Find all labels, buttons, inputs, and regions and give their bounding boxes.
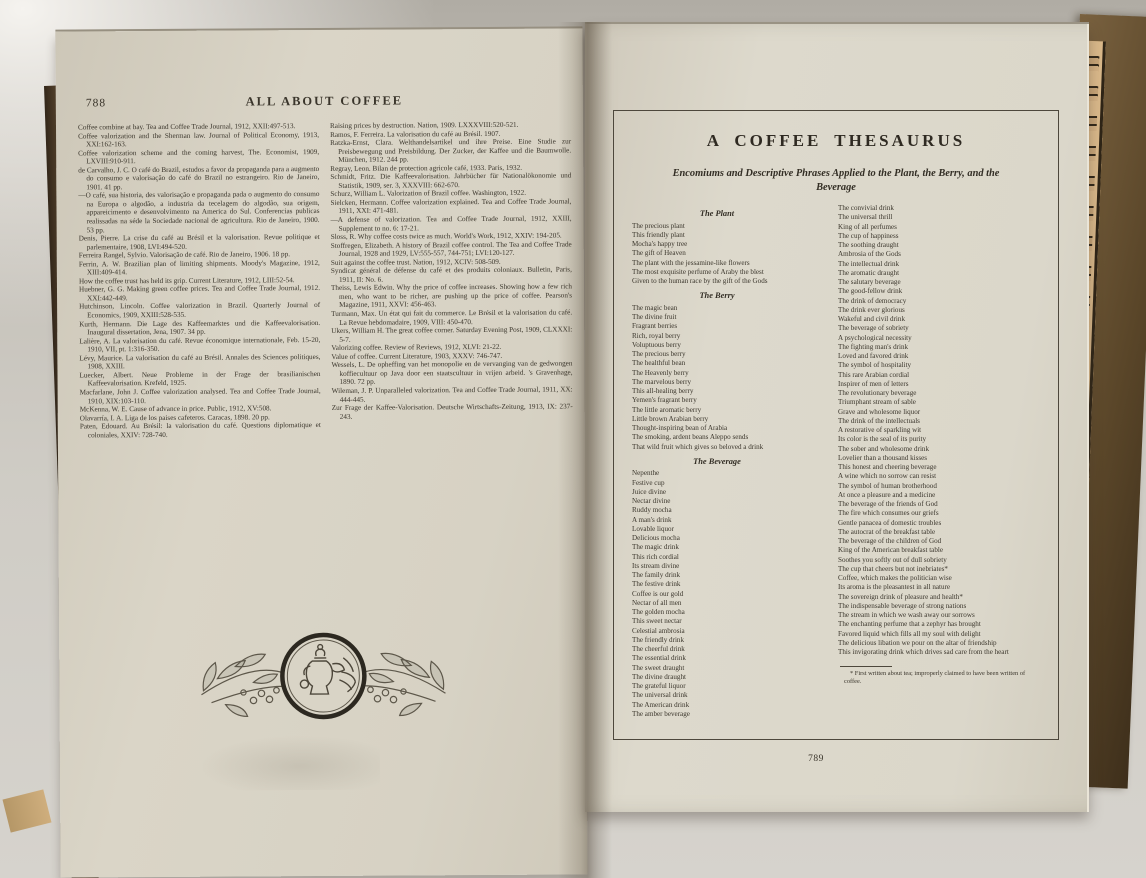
left-page-number: 788 [86, 97, 106, 109]
phrase-item: The indispensable beverage of strong nat… [838, 602, 1046, 611]
phrase-item: The most exquisite perfume of Araby the … [632, 268, 832, 277]
phrase-item: Voluptuous berry [632, 341, 832, 350]
phrase-item: The sober and wholesome drink [838, 445, 1046, 454]
bibliography-entry: Luecker, Albert. Neue Probleme in der Fr… [79, 370, 320, 389]
phrase-item: The fire which consumes our griefs [838, 509, 1046, 518]
phrase-item: A man's drink [632, 516, 832, 525]
thesaurus-border-box: A COFFEE THESAURUS Encomiums and Descrip… [613, 110, 1059, 740]
phrase-item: The magic drink [632, 543, 832, 552]
phrase-item: The cup that cheers but not inebriates* [838, 565, 1046, 574]
coffee-branch-medallion-icon [182, 615, 463, 737]
phrase-item: The marvelous berry [632, 378, 832, 387]
thesaurus-right-list: The convivial drinkThe universal thrillK… [838, 204, 1046, 657]
phrase-item: A wine which no sorrow can resist [838, 472, 1046, 481]
phrase-item: Wakeful and civil drink [838, 315, 1046, 324]
phrase-item: Its aroma is the pleasantest in all natu… [838, 583, 1046, 592]
phrase-item: Thought-inspiring bean of Arabia [632, 424, 832, 433]
phrase-item: The aromatic draught [838, 269, 1046, 278]
phrase-item: Ruddy mocha [632, 506, 832, 515]
bibliography-entry: Paten, Edouard. Au Brésil: la valorisati… [80, 421, 321, 440]
bibliography-column-2: Raising prices by destruction. Nation, 1… [330, 120, 573, 438]
left-page: 788 ALL ABOUT COFFEE Coffee combine at b… [55, 28, 587, 877]
phrase-item: The convivial drink [838, 204, 1046, 213]
bibliography-entry: Coffee valorization and the Sherman law.… [78, 131, 319, 150]
bibliography-entry: Ratzka-Ernst, Clara. Welthandelsartikel … [330, 138, 571, 165]
left-page-header: 788 ALL ABOUT COFFEE [80, 92, 569, 113]
phrase-item: Its color is the seal of its purity [838, 435, 1046, 444]
bibliography-entry: Coffee valorization scheme and the comin… [78, 148, 319, 167]
phrase-item: Soothes you softly out of dull sobriety [838, 556, 1046, 565]
phrase-item: Favored liquid which fills all my soul w… [838, 630, 1046, 639]
phrase-item: The gift of Heaven [632, 249, 832, 258]
phrase-item: The beverage of the children of God [838, 537, 1046, 546]
phrase-item: Celestial ambrosia [632, 627, 832, 636]
phrase-item: The salutary beverage [838, 278, 1046, 287]
bibliography-entry: Ukers, William H. The great coffee corne… [331, 326, 572, 345]
phrase-item: Triumphant stream of sable [838, 398, 1046, 407]
phrase-item: Nectar divine [632, 497, 832, 506]
coffee-branch-emblem [182, 615, 463, 742]
phrase-item: This invigorating drink which drives sad… [838, 648, 1046, 657]
bibliography-entry: Denis, Pierre. La crise du café au Brési… [79, 233, 320, 252]
right-page-number: 789 [585, 754, 1047, 764]
phrase-item: At once a pleasure and a medicine [838, 491, 1046, 500]
bibliography-columns: Coffee combine at bay. Tea and Coffee Tr… [78, 120, 573, 439]
phrase-item: Delicious mocha [632, 534, 832, 543]
phrase-item: The essential drink [632, 654, 832, 663]
phrase-item: Fragrant berries [632, 322, 832, 331]
phrase-item: Its stream divine [632, 562, 832, 571]
phrase-item: The sovereign drink of pleasure and heal… [838, 593, 1046, 602]
bibliography-entry: Syndicat général de défense du café et d… [331, 266, 572, 285]
thesaurus-columns: The PlantThe precious plantThis friendly… [626, 204, 1046, 719]
bibliography-entry: —A defense of valorization. Tea and Coff… [331, 214, 572, 233]
thesaurus-right-column: The convivial drinkThe universal thrillK… [832, 204, 1046, 719]
phrase-item: The delicious libation we pour on the al… [838, 639, 1046, 648]
phrase-item: This sweet nectar [632, 617, 832, 626]
phrase-item: The stream in which we wash away our sor… [838, 611, 1046, 620]
phrase-item: Given to the human race by the gift of t… [632, 277, 832, 286]
phrase-item: The smoking, ardent beans Aleppo sends [632, 433, 832, 442]
phrase-item: The good-fellow drink [838, 287, 1046, 296]
section-heading: The Plant [632, 209, 802, 218]
phrase-item: Lovelier than a thousand kisses [838, 454, 1046, 463]
thesaurus-subtitle: Encomiums and Descriptive Phrases Applie… [669, 167, 1003, 194]
phrase-item: Grave and wholesome liquor [838, 408, 1046, 417]
thesaurus-title: A COFFEE THESAURUS [626, 131, 1046, 151]
thesaurus-left-column: The PlantThe precious plantThis friendly… [626, 204, 832, 719]
footnote: * First written about tea; improperly cl… [838, 670, 1032, 686]
phrase-item: A psychological necessity [838, 334, 1046, 343]
open-book-photo: 788 ALL ABOUT COFFEE Coffee combine at b… [0, 0, 1146, 878]
phrase-item: King of the American breakfast table [838, 546, 1046, 555]
phrase-item: Gentle panacea of domestic troubles [838, 519, 1046, 528]
phrase-item: The fighting man's drink [838, 343, 1046, 352]
phrase-item: The autocrat of the breakfast table [838, 528, 1046, 537]
bibliography-entry: Schmidt, Fritz. Die Kaffeevalorisation. … [330, 172, 571, 191]
phrase-item: The friendly drink [632, 636, 832, 645]
phrase-item: Nepenthe [632, 469, 832, 478]
bibliography-entry: Ferrin, A. W. Brazilian plan of limiting… [79, 259, 320, 278]
bibliography-entry: —O café, sua historia, des valorisação e… [78, 190, 319, 234]
phrase-item: The soothing draught [838, 241, 1046, 250]
phrase-item: The family drink [632, 571, 832, 580]
bibliography-entry: Turmann, Max. Un état qui fait du commer… [331, 308, 572, 327]
phrase-item: The American drink [632, 701, 832, 710]
phrase-item: The beverage of the friends of God [838, 500, 1046, 509]
phrase-item: That wild fruit which gives so beloved a… [632, 443, 832, 452]
bibliography-entry: Hutchinson, Lincoln. Coffee valorization… [79, 301, 320, 320]
coffee-pot-medallion-icon [282, 635, 364, 717]
phrase-item: Little brown Arabian berry [632, 415, 832, 424]
phrase-item: Yemen's fragrant berry [632, 396, 832, 405]
phrase-item: The universal thrill [838, 213, 1046, 222]
phrase-item: The beverage of sobriety [838, 324, 1046, 333]
phrase-item: Ambrosia of the Gods [838, 250, 1046, 259]
bibliography-entry: Lalière, A. La valorisation du café. Rev… [79, 336, 320, 355]
bibliography-column-1: Coffee combine at bay. Tea and Coffee Tr… [78, 122, 321, 440]
phrase-item: The amber beverage [632, 710, 832, 719]
phrase-item: A restorative of sparkling wit [838, 426, 1046, 435]
phrase-item: The symbol of hospitality [838, 361, 1046, 370]
phrase-item: This rare Arabian cordial [838, 371, 1046, 380]
bibliography-entry: Wileman, J. P. Unparalleled valorization… [332, 385, 573, 404]
phrase-item: Festive cup [632, 479, 832, 488]
running-head: ALL ABOUT COFFEE [80, 92, 569, 110]
phrase-item: The healthful bean [632, 359, 832, 368]
bibliography-entry: Kurth, Hermann. Die Lage des Kaffeemarkt… [79, 319, 320, 338]
phrase-item: Coffee is our gold [632, 590, 832, 599]
phrase-item: Juice divine [632, 488, 832, 497]
phrase-item: The magic bean [632, 304, 832, 313]
phrase-item: The divine fruit [632, 313, 832, 322]
phrase-item: King of all perfumes [838, 223, 1046, 232]
phrase-item: The universal drink [632, 691, 832, 700]
phrase-item: The revolutionary beverage [838, 389, 1046, 398]
phrase-item: The grateful liquor [632, 682, 832, 691]
bibliography-entry: Lévy, Maurice. La valorisation du café a… [79, 353, 320, 372]
bibliography-entry: Sielcken, Hermann. Coffee valorization e… [330, 197, 571, 216]
phrase-item: This honest and cheering beverage [838, 463, 1046, 472]
phrase-item: Nectar of all men [632, 599, 832, 608]
bibliography-entry: Theiss, Lewis Edwin. Why the price of co… [331, 283, 572, 310]
phrase-item: Rich, royal berry [632, 332, 832, 341]
phrase-item: Mocha's happy tree [632, 240, 832, 249]
phrase-item: This all-healing berry [632, 387, 832, 396]
phrase-item: The symbol of human brotherhood [838, 482, 1046, 491]
phrase-item: Coffee, which makes the politician wise [838, 574, 1046, 583]
phrase-item: The divine draught [632, 673, 832, 682]
phrase-item: Loved and favored drink [838, 352, 1046, 361]
phrase-item: This friendly plant [632, 231, 832, 240]
phrase-item: The precious plant [632, 222, 832, 231]
phrase-item: The intellectual drink [838, 260, 1046, 269]
section-heading: The Berry [632, 291, 802, 300]
phrase-item: Lovable liquor [632, 525, 832, 534]
phrase-item: The little aromatic berry [632, 406, 832, 415]
phrase-item: The festive drink [632, 580, 832, 589]
bibliography-entry: Stoffregen, Elizabeth. A history of Braz… [331, 240, 572, 259]
footnote-rule [840, 666, 892, 667]
phrase-item: The precious berry [632, 350, 832, 359]
section-heading: The Beverage [632, 457, 802, 466]
phrase-item: The enchanting perfume that a zephyr has… [838, 620, 1046, 629]
bibliography-entry: Zur Frage der Kaffee-Valorisation. Deuts… [332, 403, 573, 422]
phrase-item: This rich cordial [632, 553, 832, 562]
bibliography-entry: de Carvalho, J. C. O café do Brazil, est… [78, 165, 319, 192]
phrase-item: Inspirer of men of letters [838, 380, 1046, 389]
page-smudge [180, 730, 380, 791]
phrase-item: The golden mocha [632, 608, 832, 617]
phrase-item: The plant with the jessamine-like flower… [632, 259, 832, 268]
bibliography-entry: Huebner, G. G. Making green coffee price… [79, 284, 320, 303]
bibliography-entry: Wessels, L. De opheffing van het monopol… [331, 360, 572, 387]
phrase-item: The cup of happiness [838, 232, 1046, 241]
phrase-item: The sweet draught [632, 664, 832, 673]
book-cover-foot [3, 789, 52, 832]
phrase-item: The drink ever glorious [838, 306, 1046, 315]
phrase-item: The drink of the intellectuals [838, 417, 1046, 426]
bibliography-entry: Macfarlane, John J. Coffee valorization … [80, 387, 321, 406]
right-page: A COFFEE THESAURUS Encomiums and Descrip… [585, 24, 1089, 812]
phrase-item: The drink of democracy [838, 297, 1046, 306]
phrase-item: The Heavenly berry [632, 369, 832, 378]
phrase-item: The cheerful drink [632, 645, 832, 654]
